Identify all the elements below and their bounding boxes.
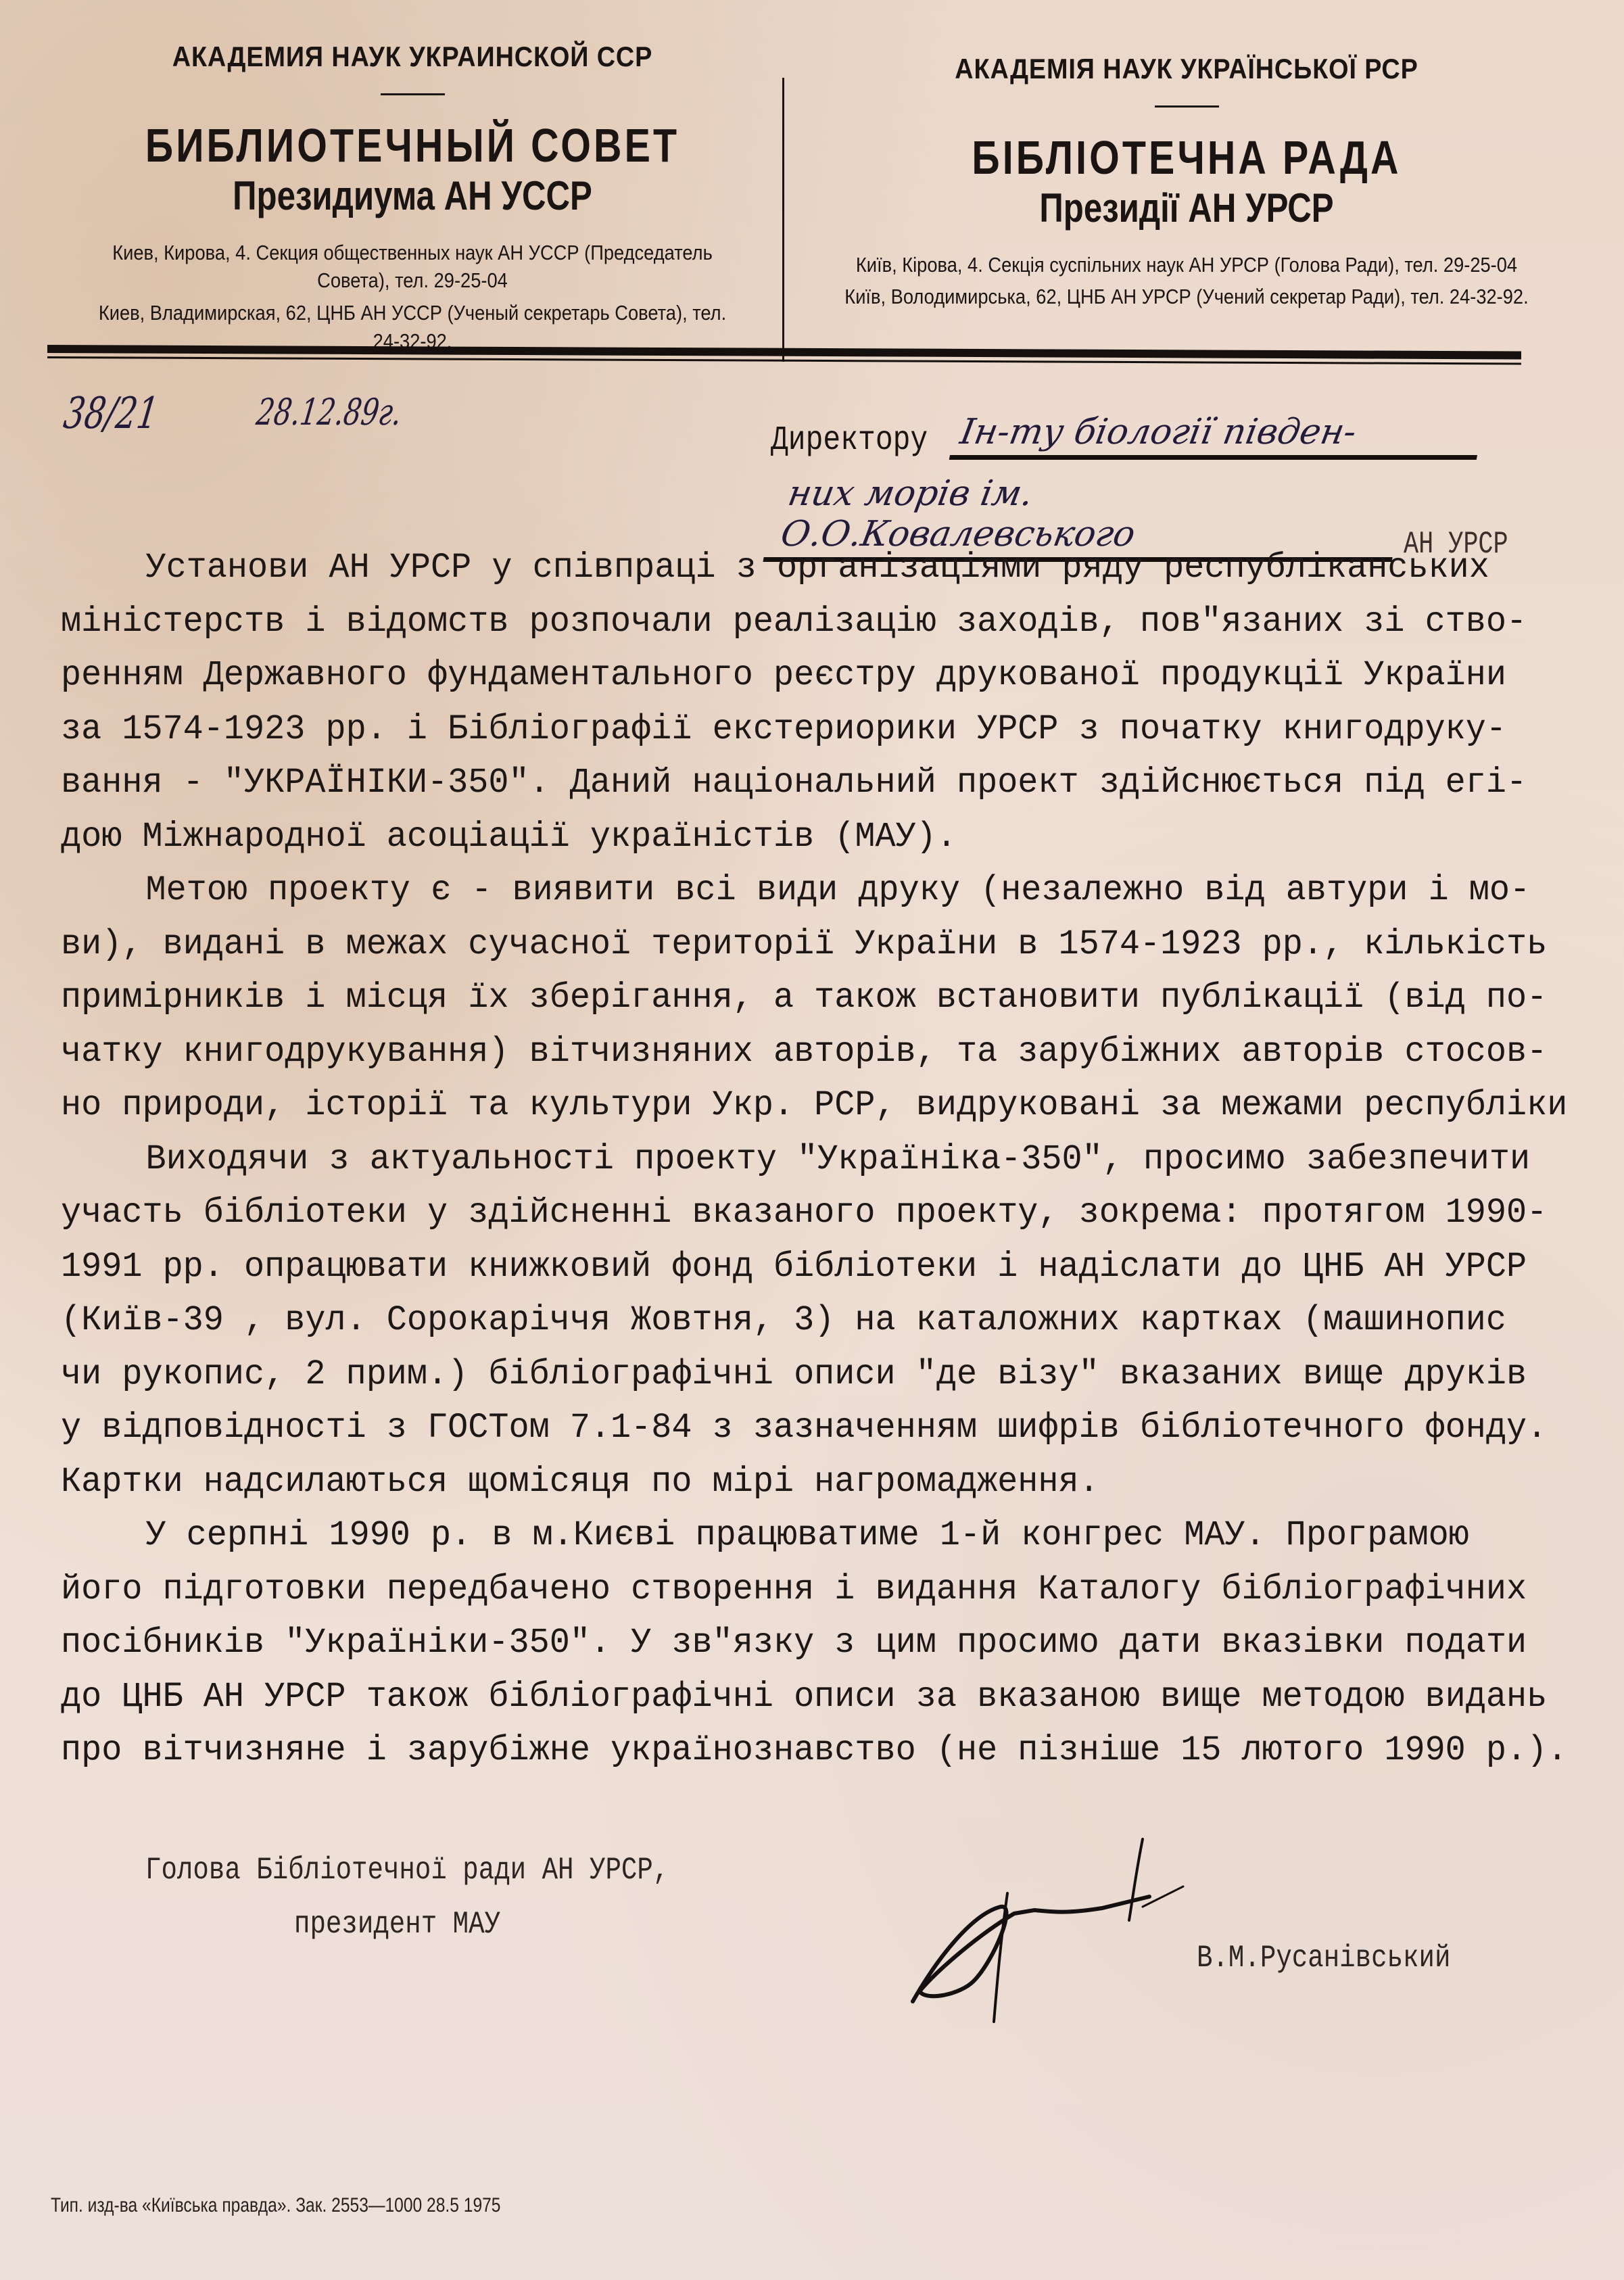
address-chair-uk: Київ, Кірова, 4. Секція суспільних наук …: [844, 251, 1529, 279]
body-line: чатку книгодрукування) вітчизняних автор…: [61, 1025, 1535, 1079]
body-line: чи рукопис, 2 прим.) бібліографічні опис…: [61, 1348, 1535, 1402]
signature-block: Голова Бібліотечної ради АН УРСР, презид…: [0, 1853, 1624, 2028]
academy-name-uk: АКАДЕМІЯ НАУК УКРАЇНСЬКОЇ РСР: [837, 53, 1537, 85]
paragraph-3: Виходячи з актуальності проекту "Україні…: [61, 1133, 1589, 1509]
addressee-label: Директору: [771, 421, 928, 460]
address-chair-ru: Киев, Кирова, 4. Секция общественных нау…: [91, 239, 734, 295]
body-line: участь бібліотеки у здійсненні вказаного…: [61, 1186, 1535, 1240]
address-block-ru: Киев, Кирова, 4. Секция общественных нау…: [91, 239, 734, 356]
body-line: 1991 рр. опрацювати книжковий фонд біблі…: [61, 1240, 1535, 1294]
body-line: до ЦНБ АН УРСР також бібліографічні опис…: [61, 1670, 1535, 1724]
handwritten-signature-icon: [899, 1832, 1305, 2035]
body-line: вання - "УКРАЇНІКИ-350". Даний національ…: [61, 756, 1535, 810]
paragraph-1: Установи АН УРСР у співпраці з організац…: [61, 541, 1589, 863]
body-line: про вітчизняне і зарубіжне українознавст…: [61, 1724, 1535, 1778]
body-line: Картки надсилаються щомісяця по мірі наг…: [61, 1455, 1535, 1509]
signatory-title-line-1: Голова Бібліотечної ради АН УРСР,: [145, 1853, 669, 1888]
letterhead-rule: [381, 93, 445, 95]
address-secretary-uk: Київ, Володимирська, 62, ЦНБ АН УРСР (Уч…: [844, 283, 1529, 311]
addressee-handwritten-line-1: Ін-ту біології півден-: [949, 412, 1485, 460]
body-line: за 1574-1923 рр. і Бібліографії екстерио…: [61, 703, 1535, 757]
printer-imprint: Тип. изд-ва «Київська правда». Зак. 2553…: [51, 2194, 500, 2217]
body-line: посібників "Україніки-350". У зв"язку з …: [61, 1616, 1535, 1670]
letterhead-russian: АКАДЕМИЯ НАУК УКРАИНСКОЙ ССР БИБЛИОТЕЧНЫ…: [47, 27, 778, 356]
signatory-title-line-2: президент МАУ: [294, 1907, 500, 1942]
letter-body: Установи АН УРСР у співпраці з організац…: [61, 541, 1589, 1778]
body-line: його підготовки передбачено створення і …: [61, 1563, 1535, 1617]
body-line: примірників і місця їх зберігання, а так…: [61, 971, 1535, 1025]
body-line: Установи АН УРСР у співпраці з організац…: [61, 541, 1535, 595]
body-line: но природи, історії та культури Укр. РСР…: [61, 1078, 1535, 1133]
body-line: дою Міжнародної асоціації україністів (М…: [61, 810, 1535, 864]
paragraph-2: Метою проекту є - виявити всі види друку…: [61, 863, 1589, 1133]
addressee-block: Директору Ін-ту біології півден- них мор…: [771, 406, 1602, 562]
council-subtitle-ru: Президиума АН УССР: [113, 174, 712, 218]
body-line: (Київ-39 , вул. Сорокаріччя Жовтня, 3) н…: [61, 1293, 1535, 1348]
body-line: у відповідності з ГОСТом 7.1-84 з зазнач…: [61, 1401, 1535, 1455]
signatory-name: В.М.Русанівський: [1197, 1941, 1450, 1976]
letterhead-ukrainian: АКАДЕМІЯ НАУК УКРАЇНСЬКОЇ РСР БІБЛІОТЕЧН…: [798, 39, 1575, 311]
body-line: У серпні 1990 р. в м.Києві працюватиме 1…: [61, 1509, 1535, 1563]
body-line: міністерств і відомств розпочали реаліза…: [61, 595, 1535, 649]
body-line: ви), видані в межах сучасної території У…: [61, 918, 1535, 972]
address-block-uk: Київ, Кірова, 4. Секція суспільних наук …: [844, 251, 1529, 312]
council-title-ru: БИБЛИОТЕЧНЫЙ СОВЕТ: [113, 121, 712, 171]
letterhead: АКАДЕМИЯ НАУК УКРАИНСКОЙ ССР БИБЛИОТЕЧНЫ…: [47, 27, 1575, 345]
council-subtitle-uk: Президії АН УРСР: [868, 186, 1506, 231]
academy-name-ru: АКАДЕМИЯ НАУК УКРАИНСКОЙ ССР: [84, 41, 741, 73]
body-line: Метою проекту є - виявити всі види друку…: [61, 863, 1535, 918]
reference-date: 28.12.89г.: [254, 391, 405, 433]
body-line: ренням Державного фундаментального реєст…: [61, 648, 1535, 703]
body-line: Виходячи з актуальності проекту "Україні…: [61, 1133, 1535, 1187]
letterhead-column-divider: [782, 78, 784, 362]
letterhead-rule: [1155, 105, 1219, 108]
reference-number: 38/21: [61, 389, 162, 439]
paragraph-4: У серпні 1990 р. в м.Києві працюватиме 1…: [61, 1509, 1589, 1778]
council-title-uk: БІБЛІОТЕЧНА РАДА: [868, 133, 1506, 183]
